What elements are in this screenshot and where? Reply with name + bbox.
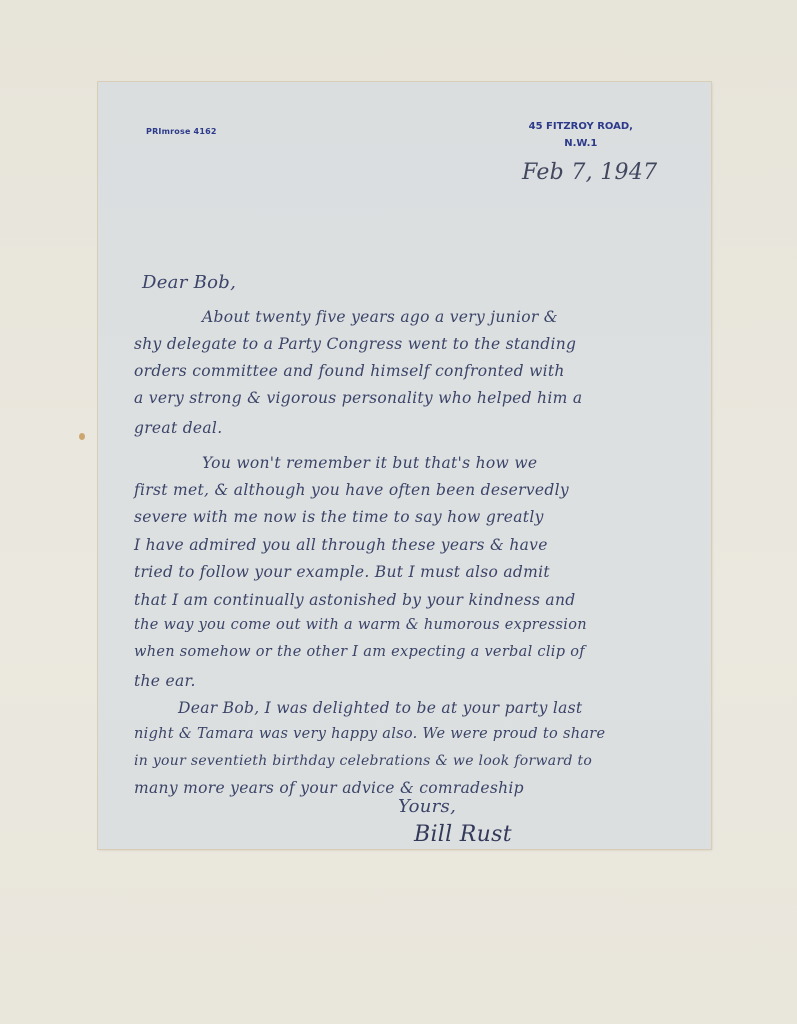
letter-line: Dear Bob, I was delighted to be at your … (178, 699, 582, 717)
signature: Bill Rust (414, 822, 512, 847)
letter-line: I have admired you all through these yea… (134, 536, 548, 554)
letter-line: in your seventieth birthday celebrations… (134, 753, 592, 769)
letter-line: tried to follow your example. But I must… (134, 563, 550, 581)
letter-line: orders committee and found himself confr… (134, 362, 565, 380)
salutation: Dear Bob, (142, 272, 236, 293)
address-line-1: 45 FITZROY ROAD, (529, 118, 633, 135)
letter-line: severe with me now is the time to say ho… (134, 508, 544, 526)
letter-line: About twenty five years ago a very junio… (202, 308, 558, 326)
letter-line: that I am continually astonished by your… (134, 591, 575, 609)
letter-line: a very strong & vigorous personality who… (134, 389, 582, 407)
letter-date: Feb 7, 1947 (522, 160, 657, 185)
letter-line: when somehow or the other I am expecting… (134, 644, 585, 660)
letter-paper: PRImrose 4162 45 FITZROY ROAD, N.W.1 Feb… (98, 82, 711, 849)
letter-line: the way you come out with a warm & humor… (134, 617, 587, 633)
letter-line: night & Tamara was very happy also. We w… (134, 726, 605, 742)
address-line-2: N.W.1 (529, 135, 633, 152)
letter-line: the ear. (134, 672, 196, 690)
letterhead-address: 45 FITZROY ROAD, N.W.1 (529, 118, 633, 152)
letter-line: first met, & although you have often bee… (134, 481, 569, 499)
letter-line: You won't remember it but that's how we (202, 454, 537, 472)
closing: Yours, (398, 796, 456, 817)
letter-line: great deal. (134, 419, 222, 437)
letter-line: many more years of your advice & comrade… (134, 779, 524, 797)
foxing-spot (79, 433, 85, 440)
letter-line: shy delegate to a Party Congress went to… (134, 335, 576, 353)
letterhead-phone: PRImrose 4162 (146, 127, 217, 136)
